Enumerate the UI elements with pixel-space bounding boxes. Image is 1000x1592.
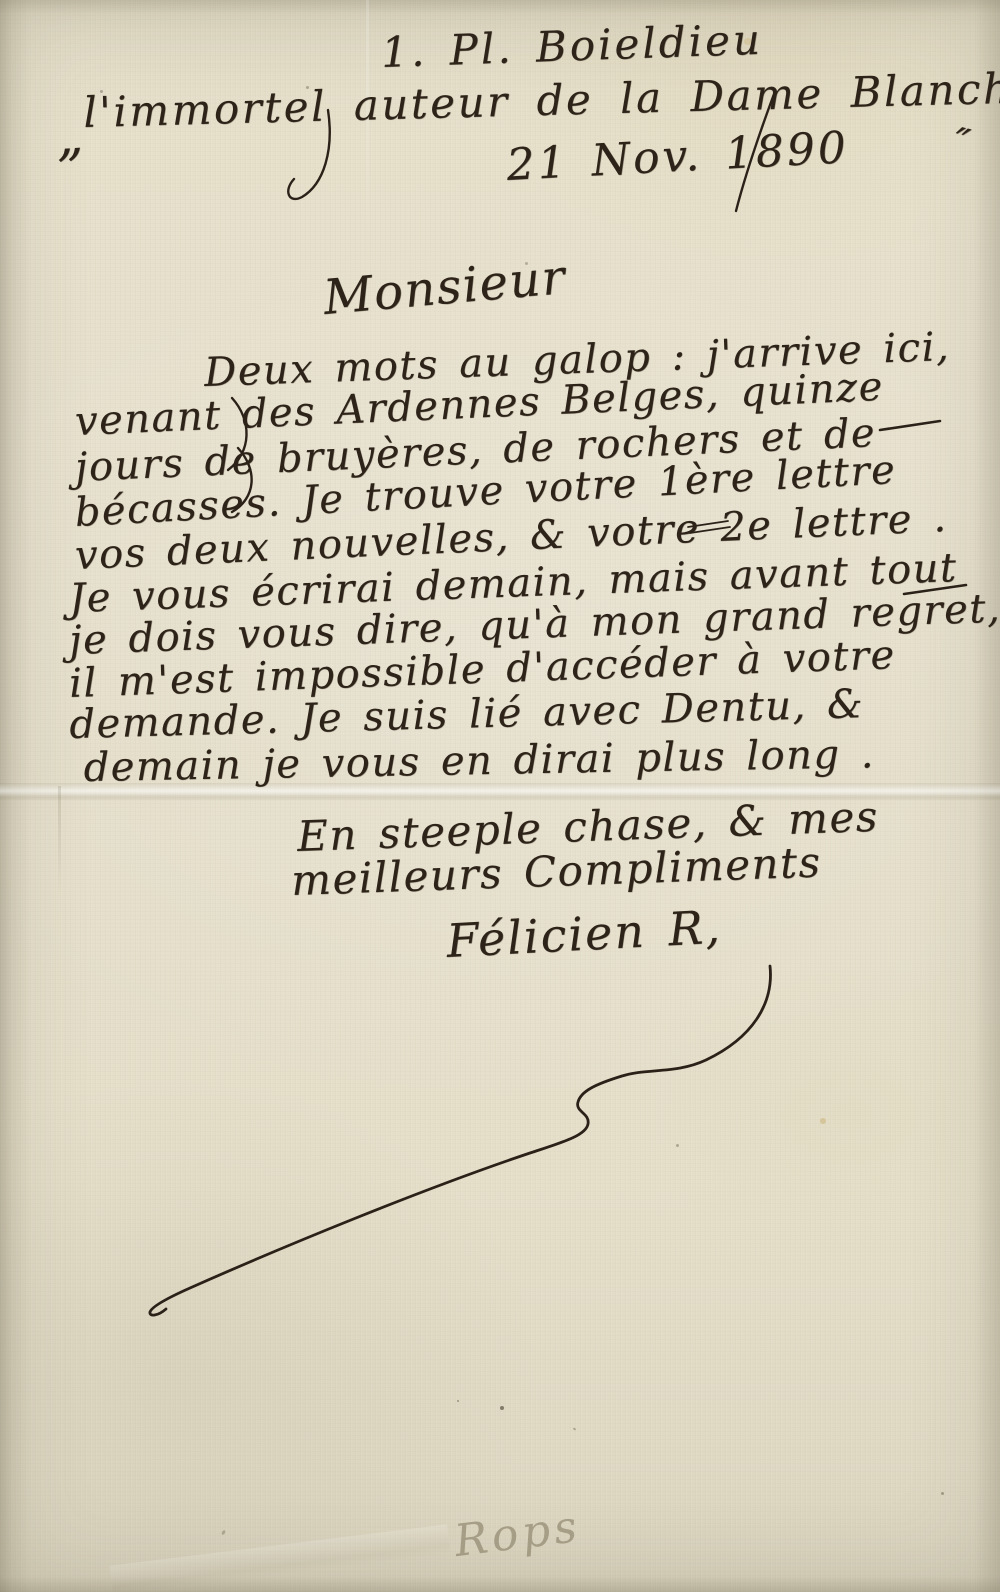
vertical-crease (58, 786, 61, 896)
header-date: 21 Nov. 1890 (505, 122, 850, 191)
stain-spot (820, 1118, 826, 1124)
header-address: 1. Pl. Boieldieu (380, 15, 763, 77)
ink-speck (221, 1530, 226, 1536)
ink-speck (676, 1144, 679, 1147)
paper-edge-bottom (0, 1576, 1000, 1592)
closing-quote-mark: ″ (948, 119, 975, 168)
paper-edge-left (0, 0, 30, 1592)
header-dedication: l'immortel auteur de la Dame Blanche (83, 63, 1000, 137)
ink-speck (457, 1400, 459, 1402)
paper-edge-right (974, 0, 1000, 1592)
signature-flourish-path (150, 966, 771, 1315)
ink-speck (941, 1492, 944, 1495)
bottom-crease (109, 1524, 450, 1592)
signature-name: Félicien R, (445, 900, 723, 968)
letter-page: 1. Pl. Boieldieu „ l'immortel auteur de … (0, 0, 1000, 1592)
pencil-annotation: Rops (452, 1501, 584, 1567)
paper-edge-top (0, 0, 1000, 14)
quinze-dash-stroke (880, 421, 940, 430)
opening-quote-mark: „ (54, 106, 87, 168)
ink-speck (500, 1406, 504, 1410)
salutation: Monsieur (321, 249, 568, 326)
ink-speck (573, 1427, 577, 1430)
